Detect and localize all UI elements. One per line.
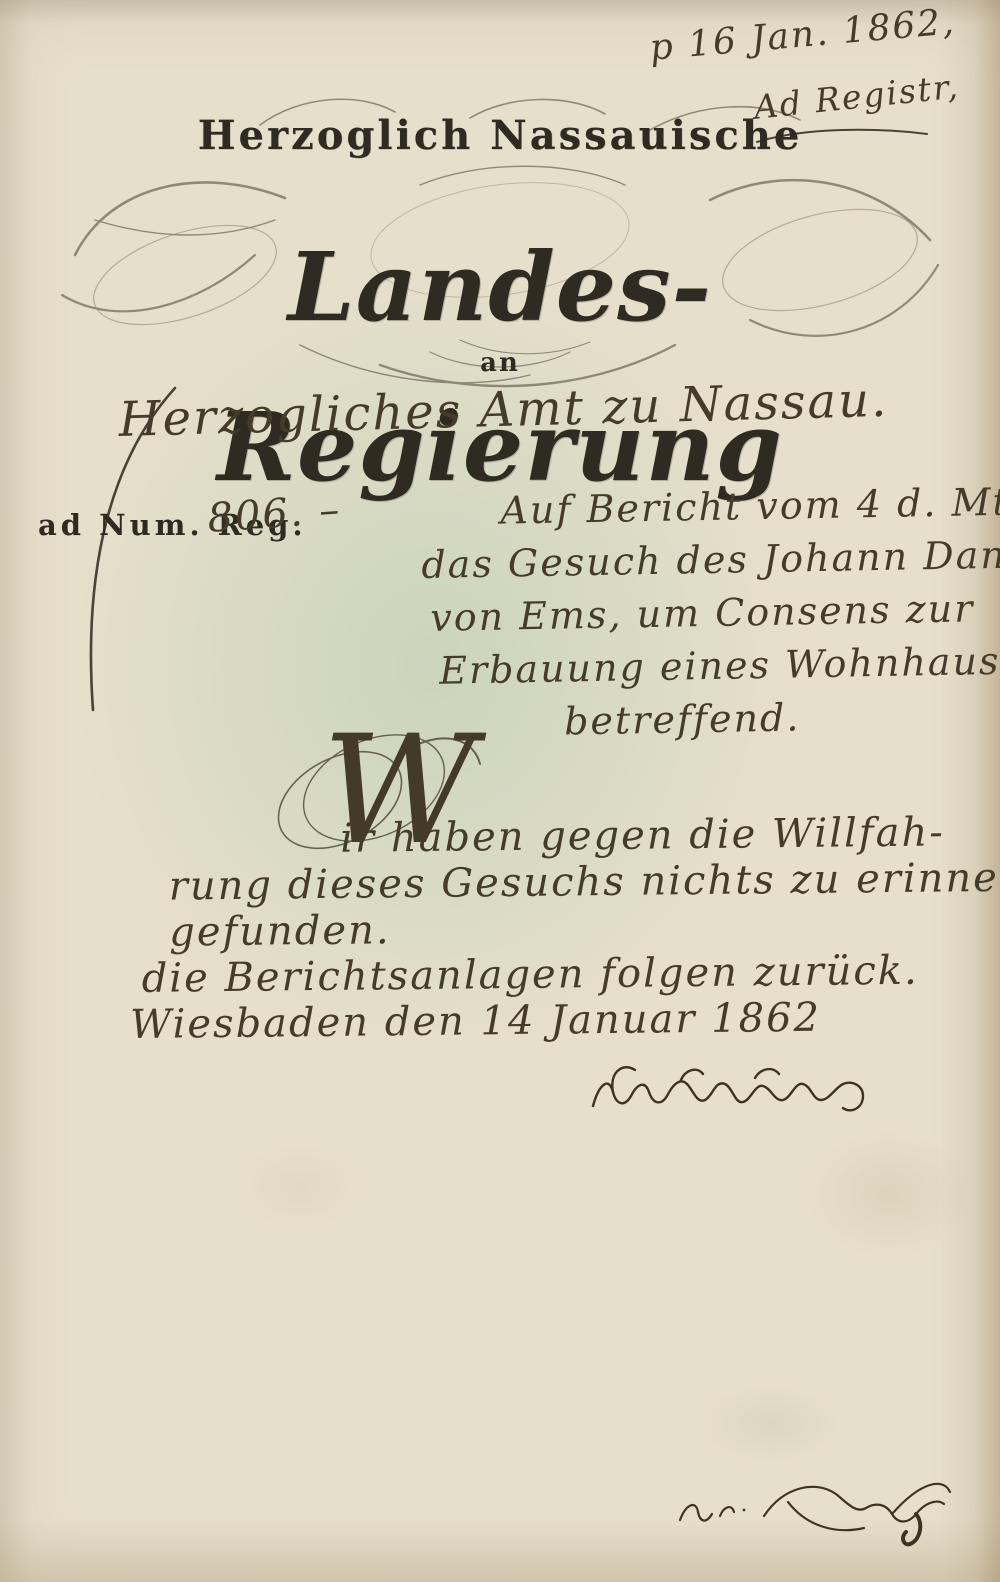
body-line: rung dieses Gesuchs nichts zu erinnern [168,855,998,910]
clerk-signature [668,1472,958,1558]
subject-block: Auf Bericht vom 4 d. Mts, das Gesuch des… [420,476,995,751]
letterhead-title: Landes-Regierung [55,208,945,368]
subject-line: von Ems, um Consens zur [430,582,993,645]
subject-line: Erbauung eines Wohnhauses [439,635,994,698]
registry-number: 806. – [206,487,343,542]
body-line: die Berichtsanlagen folgen zurück. [141,947,999,1002]
document-page: p 16 Jan. 1862, Ad Registr, Herzoglich N… [0,0,1000,1582]
body-line: ir haben gegen die Willfah- [340,809,998,862]
subject-line: Auf Bericht vom 4 d. Mts, [500,476,991,538]
received-date-note: p 16 Jan. 1862, [648,1,957,69]
body-line: Wiesbaden den 14 Januar 1862 [130,993,1000,1048]
official-signature [585,1056,875,1120]
subject-line: betreffend. [564,688,995,748]
letterhead-line1: Herzoglich Nassauische [0,112,1000,159]
body-block: ir haben gegen die Willfah- rung dieses … [128,809,1000,1048]
